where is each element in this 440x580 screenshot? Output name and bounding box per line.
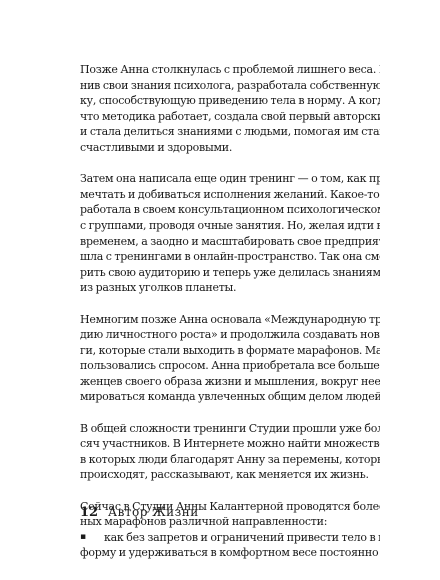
text-line: в которых люди благодарят Анну за переме… — [80, 452, 380, 468]
text-line: Немногим позже Анна основала «Международ… — [80, 312, 380, 328]
text-line: Позже Анна столкнулась с проблемой лишне… — [80, 62, 380, 78]
page-number: 12 — [80, 505, 108, 520]
paragraph-studio-founding: Немногим позже Анна основала «Международ… — [80, 312, 380, 406]
page-body: Позже Анна столкнулась с проблемой лишне… — [80, 62, 380, 577]
text-line: и стала делиться знаниями с людьми, помо… — [80, 124, 380, 140]
text-line: рить свою аудиторию и теперь уже делилас… — [80, 265, 380, 281]
text-line: сяч участников. В Интернете можно найти … — [80, 436, 380, 452]
bullet-list-item: ▪ как без запретов и ограничений привест… — [80, 530, 380, 546]
page-footer: 12 Автор Жизни — [80, 505, 199, 520]
text-line: женцев своего образа жизни и мышления, в… — [80, 374, 380, 390]
text-line: форму и удерживаться в комфортном весе п… — [80, 545, 380, 561]
text-line: с группами, проводя очные занятия. Но, ж… — [80, 218, 380, 234]
paragraph-online-training: Затем она написала еще один тренинг — о … — [80, 171, 380, 296]
text-line: ку, способствующую приведению тела в нор… — [80, 93, 380, 109]
text-line: временем, а заодно и масштабировать свое… — [80, 234, 380, 250]
text-line: из разных уголков планеты. — [80, 280, 380, 296]
text-line: В общей сложности тренинги Студии прошли… — [80, 421, 380, 437]
text-line: работала в своем консультационном психол… — [80, 202, 380, 218]
text-line: мечтать и добиваться исполнения желаний.… — [80, 187, 380, 203]
paragraph-participants: В общей сложности тренинги Студии прошли… — [80, 421, 380, 483]
text-line: что методика работает, создала свой перв… — [80, 109, 380, 125]
text-line: происходят, рассказывают, как меняется и… — [80, 467, 380, 483]
bullet-text: как без запретов и ограничений привести … — [104, 530, 380, 546]
text-line: мироваться команда увлеченных общим дело… — [80, 389, 380, 405]
text-line: нив свои знания психолога, разработала с… — [80, 78, 380, 94]
bullet-icon: ▪ — [80, 530, 104, 546]
paragraph-weight-story: Позже Анна столкнулась с проблемой лишне… — [80, 62, 380, 156]
text-line: ги, которые стали выходить в формате мар… — [80, 343, 380, 359]
running-title: Автор Жизни — [108, 505, 199, 519]
text-line: Затем она написала еще один тренинг — о … — [80, 171, 380, 187]
text-line: счастливыми и здоровыми. — [80, 140, 380, 156]
text-line: пользовались спросом. Анна приобретала в… — [80, 358, 380, 374]
text-line: дию личностного роста» и продолжила созд… — [80, 327, 380, 343]
text-line: шла с тренингами в онлайн-пространство. … — [80, 249, 380, 265]
